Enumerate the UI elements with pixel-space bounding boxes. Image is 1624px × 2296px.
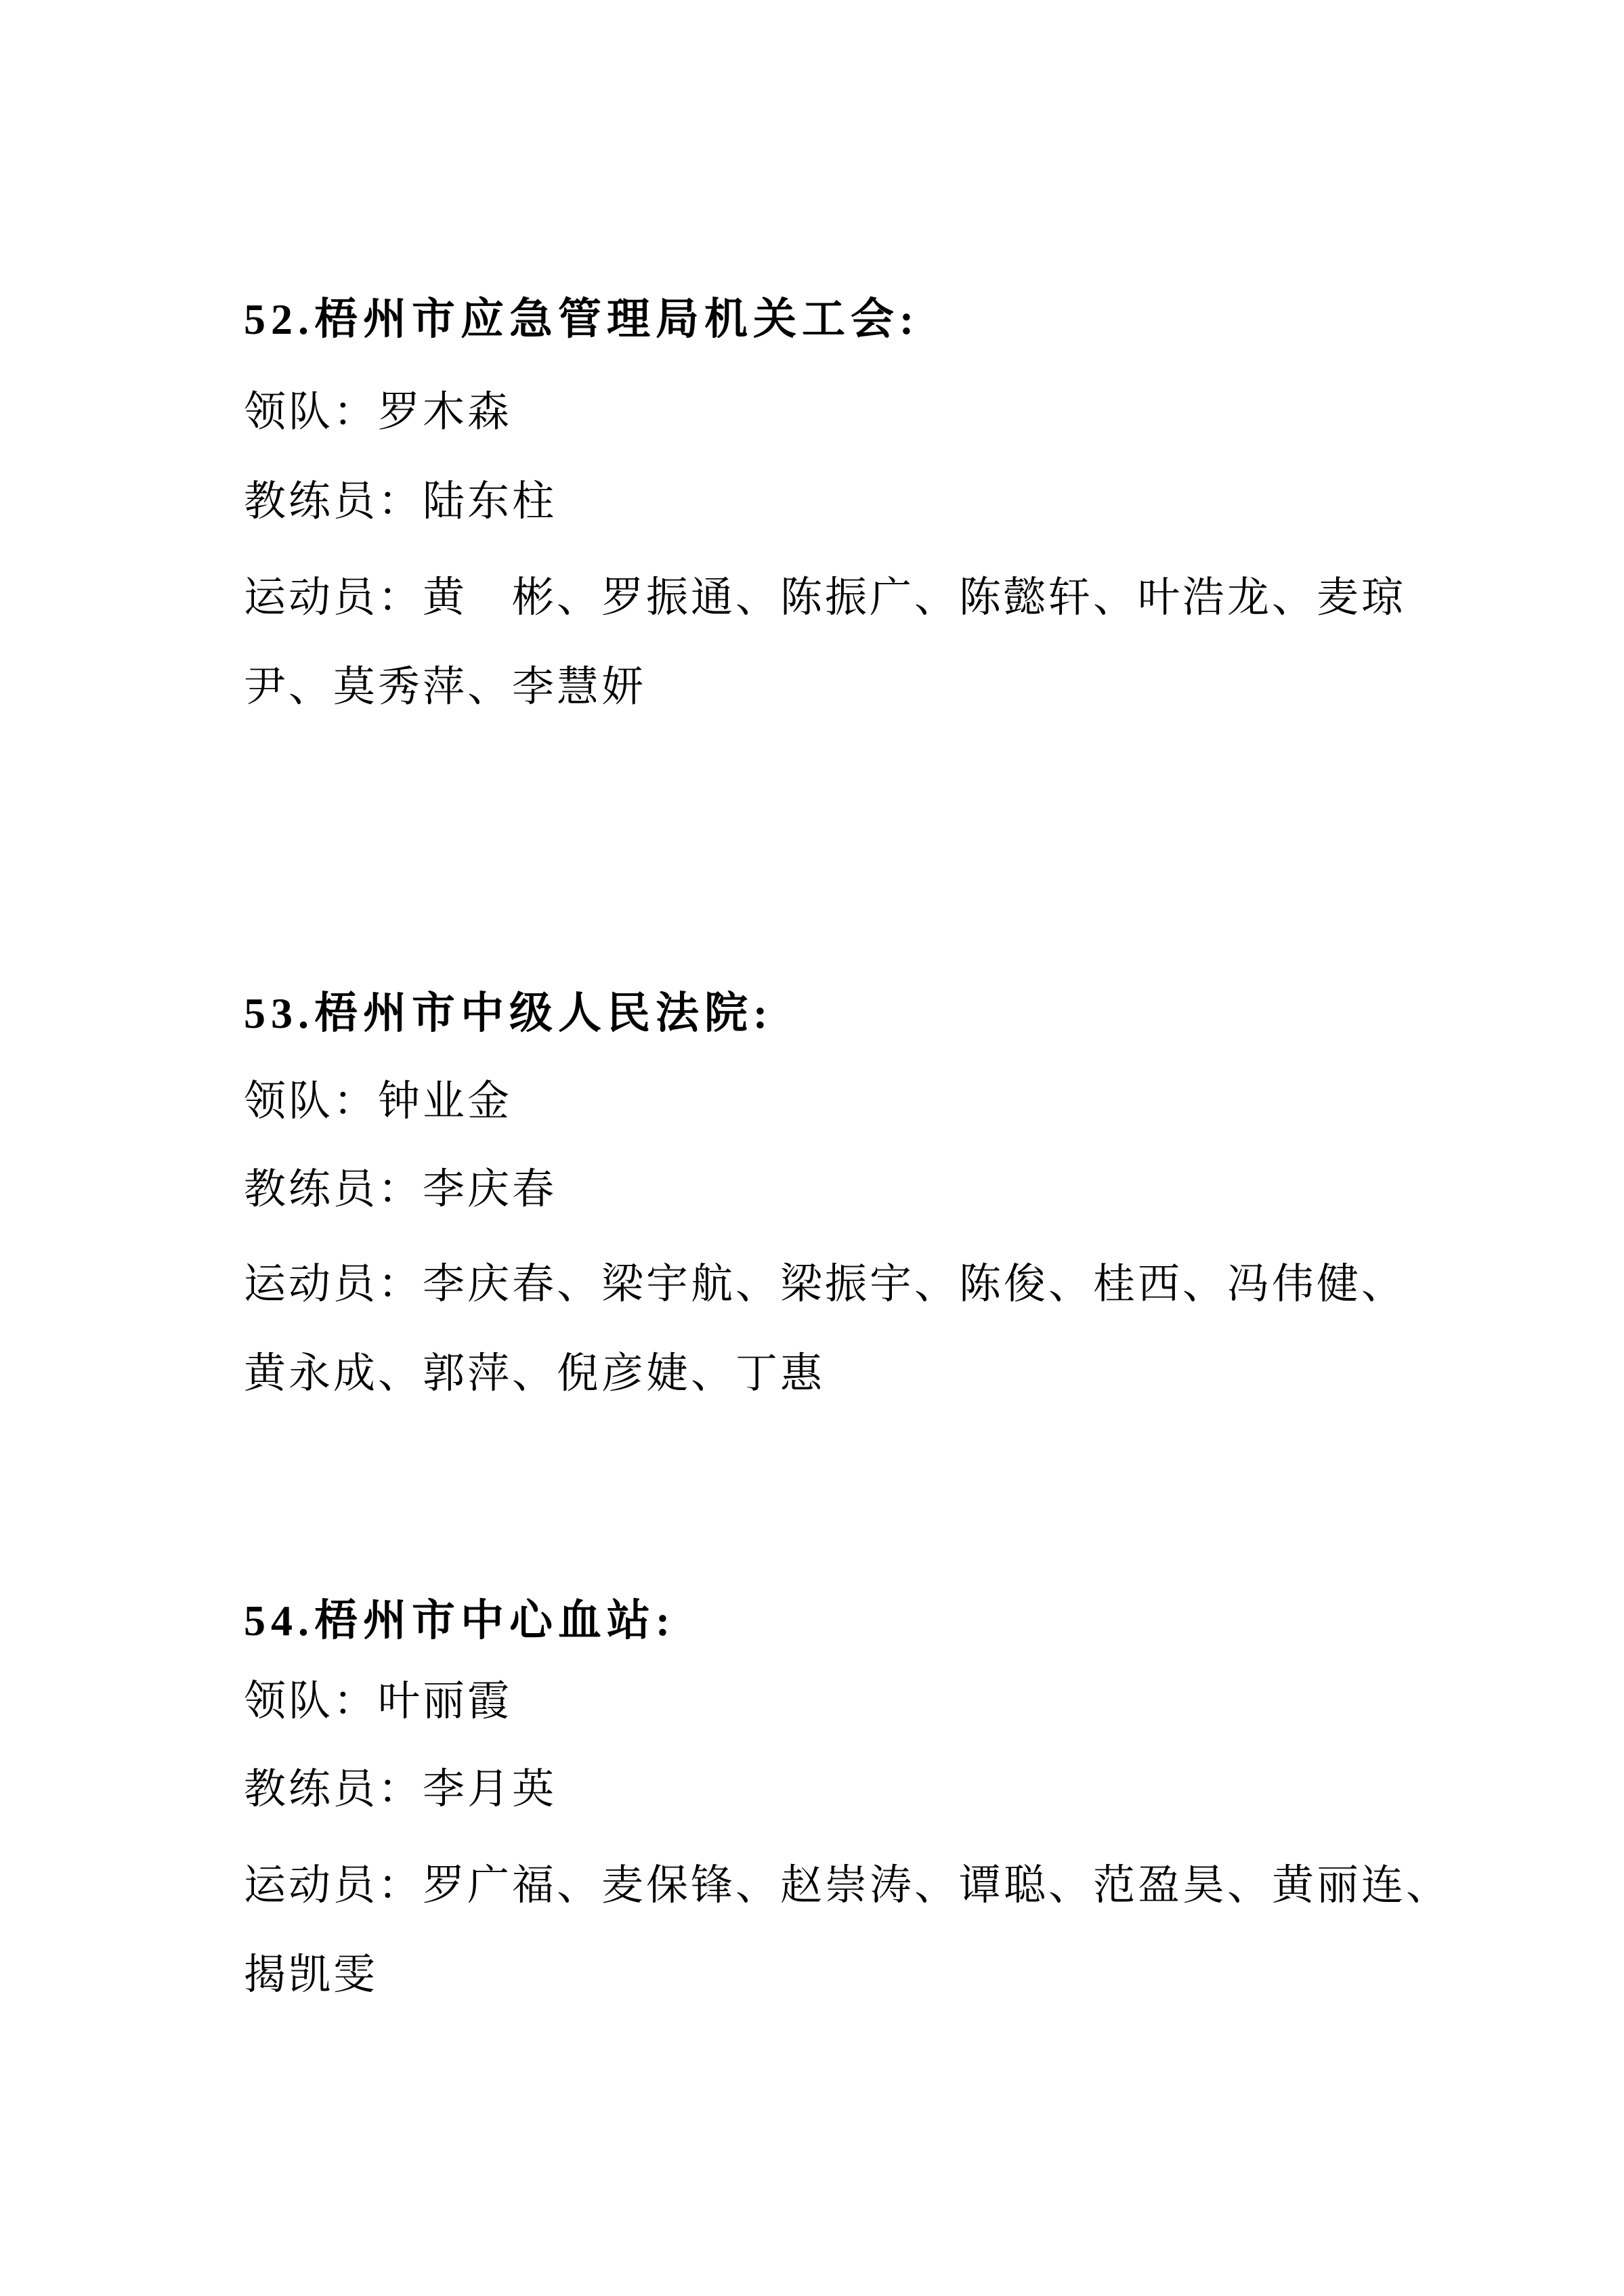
section-53-athletes-line-2: 黄永成、郭萍、倪彦婕、丁惠 <box>244 1353 825 1395</box>
section-54-coach-line: 教练员：李月英 <box>244 1769 557 1811</box>
section-54-heading: 54.梧州市中心血站: <box>244 1599 675 1643</box>
section-52-athletes-line-1: 运动员：黄 彬、罗振通、陈振广、陈懿轩、叶浩龙、麦琼 <box>244 577 1406 619</box>
section-53-athletes-line-1: 运动员：李庆春、梁宇航、梁振宇、陈俊、桂西、冯伟健、 <box>244 1263 1406 1305</box>
section-52-coach-line: 教练员：陆东柱 <box>244 481 557 523</box>
section-54-leader-line: 领队：叶丽霞 <box>244 1681 512 1723</box>
document-page: 52.梧州市应急管理局机关工会: 领队：罗木森 教练员：陆东柱 运动员：黄 彬、… <box>0 0 1624 2296</box>
section-54-athletes-line-2: 揭凯雯 <box>244 1954 378 1996</box>
section-53-leader-line: 领队：钟业金 <box>244 1081 512 1123</box>
section-53-coach-line: 教练员：李庆春 <box>244 1169 557 1211</box>
section-52-heading: 52.梧州市应急管理局机关工会: <box>244 298 919 341</box>
section-52-leader-line: 领队：罗木森 <box>244 391 512 433</box>
section-54-athletes-line-1: 运动员：罗广福、麦保锋、赵崇涛、谭聪、范盈昊、黄丽连、 <box>244 1865 1451 1907</box>
section-53-heading: 53.梧州市中级人民法院: <box>244 992 773 1035</box>
section-52-athletes-line-2: 尹、莫秀萍、李慧妍 <box>244 666 646 708</box>
